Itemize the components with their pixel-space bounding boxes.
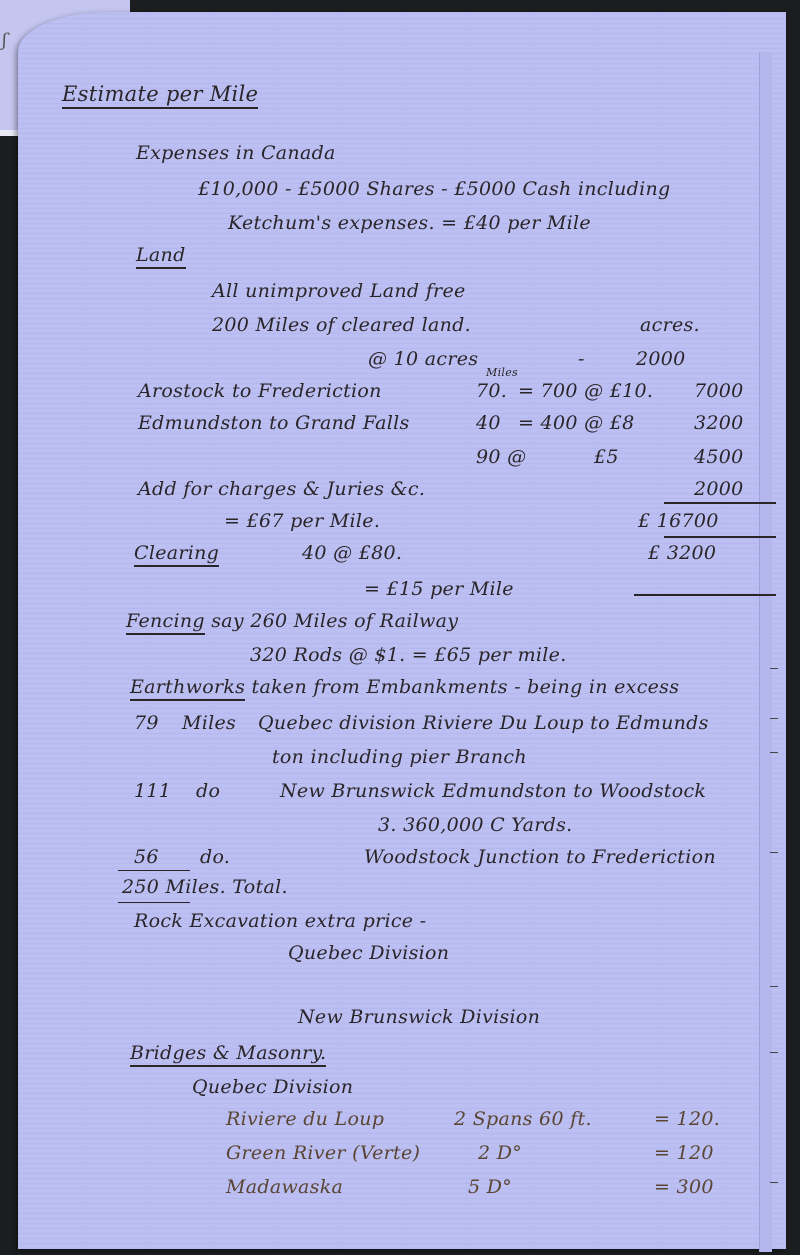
land-row-2-amount: 3200 (694, 412, 744, 434)
expenses-line-1: £10,000 - £5000 Shares - £5000 Cash incl… (198, 178, 671, 200)
land-row-1-calc: = 700 @ £10. (518, 380, 653, 402)
bridges-sub-quebec: Quebec Division (192, 1076, 353, 1098)
fencing-heading: Fencing (126, 610, 205, 635)
land-line-2: 200 Miles of cleared land. (212, 314, 471, 336)
page-edge (759, 52, 772, 1252)
clearing-calc: 40 @ £80. (302, 542, 402, 564)
acres-label: acres. (640, 314, 700, 336)
charges-label: Add for charges & Juries &c. (138, 478, 425, 500)
bridge-row-1-spans: 2 Spans 60 ft. (454, 1108, 592, 1130)
earthworks-row-1-unit: Miles (182, 712, 236, 734)
bridge-row-2-amount: = 120 (654, 1142, 714, 1164)
margin-tick (770, 718, 778, 719)
earthworks-total: 250 Miles. Total. (122, 876, 288, 898)
margin-tick (770, 752, 778, 753)
earthworks-row-3-miles: 111 (134, 780, 171, 802)
earthworks-line: Earthworks taken from Embankments - bein… (130, 676, 679, 698)
earthworks-row-1-desc: Quebec division Riviere Du Loup to Edmun… (258, 712, 709, 734)
rock-quebec-division: Quebec Division (288, 942, 449, 964)
land-row-2-route: Edmundston to Grand Falls (138, 412, 410, 434)
total-rule-top (118, 870, 190, 871)
earthworks-row-4-desc: 3. 360,000 C Yards. (378, 814, 573, 836)
manuscript-page: Estimate per Mile Expenses in Canada £10… (18, 12, 786, 1249)
bridge-row-3-spans: 5 D° (468, 1176, 512, 1198)
earthworks-line-1: taken from Embankments - being in excess (252, 676, 680, 698)
fencing-line-1: say 260 Miles of Railway (211, 610, 458, 632)
land-row-1-amount: 7000 (694, 380, 744, 402)
acres-dash: - (578, 348, 585, 370)
bridge-row-2-name: Green River (Verte) (226, 1142, 420, 1164)
sum-rule-3 (634, 594, 776, 596)
fencing-line-2: 320 Rods @ $1. = £65 per mile. (250, 644, 567, 666)
land-total: £ 16700 (638, 510, 719, 532)
land-per-mile: = £67 per Mile. (224, 510, 380, 532)
earthworks-row-5-desc: Woodstock Junction to Frederiction (364, 846, 716, 868)
rock-excavation-line: Rock Excavation extra price - (134, 910, 426, 932)
total-rule-bottom (118, 902, 190, 903)
acres-rate: @ 10 acres (368, 348, 478, 370)
expenses-line-2: Ketchum's expenses. = £40 per Mile (228, 212, 591, 234)
bridge-row-3-amount: = 300 (654, 1176, 714, 1198)
margin-tick (770, 852, 778, 853)
land-row-1-route: Arostock to Frederiction (138, 380, 382, 402)
sum-rule-2 (664, 536, 776, 538)
land-row-3-calc: £5 (594, 446, 619, 468)
land-line-1: All unimproved Land free (212, 280, 466, 302)
charges-amount: 2000 (694, 478, 744, 500)
clearing-heading: Clearing (134, 542, 219, 567)
margin-tick (770, 986, 778, 987)
bridge-row-1-name: Riviere du Loup (226, 1108, 384, 1130)
land-row-3-miles: 90 @ (476, 446, 526, 468)
acres-total: 2000 (636, 348, 686, 370)
underlying-page-mark: ʃ (2, 30, 7, 51)
earthworks-row-5-miles: 56 (134, 846, 159, 868)
rock-nb-division: New Brunswick Division (298, 1006, 540, 1028)
margin-tick (770, 668, 778, 669)
bridge-row-1-amount: = 120. (654, 1108, 720, 1130)
earthworks-row-3-desc: New Brunswick Edmundston to Woodstock (280, 780, 706, 802)
margin-tick (770, 1052, 778, 1053)
land-row-3-amount: 4500 (694, 446, 744, 468)
clearing-total: £ 3200 (648, 542, 716, 564)
miles-label: Miles (486, 366, 518, 379)
earthworks-row-2-desc: ton including pier Branch (272, 746, 527, 768)
land-row-2-miles: 40 (476, 412, 501, 434)
page-title: Estimate per Mile (62, 82, 258, 109)
land-row-1-miles: 70. (476, 380, 507, 402)
clearing-per-mile: = £15 per Mile (364, 578, 514, 600)
sum-rule-1 (664, 502, 776, 504)
land-row-2-calc: = 400 @ £8 (518, 412, 634, 434)
earthworks-row-3-unit: do (196, 780, 220, 802)
bridge-row-3-name: Madawaska (226, 1176, 343, 1198)
bridge-row-2-spans: 2 D° (478, 1142, 522, 1164)
margin-tick (770, 1182, 778, 1183)
earthworks-heading: Earthworks (130, 676, 245, 701)
fencing-line: Fencing say 260 Miles of Railway (126, 610, 458, 632)
expenses-heading: Expenses in Canada (136, 142, 336, 164)
earthworks-row-1-miles: 79 (134, 712, 159, 734)
earthworks-row-5-unit: do. (200, 846, 230, 868)
bridges-heading: Bridges & Masonry. (130, 1042, 326, 1067)
land-heading: Land (136, 244, 186, 269)
